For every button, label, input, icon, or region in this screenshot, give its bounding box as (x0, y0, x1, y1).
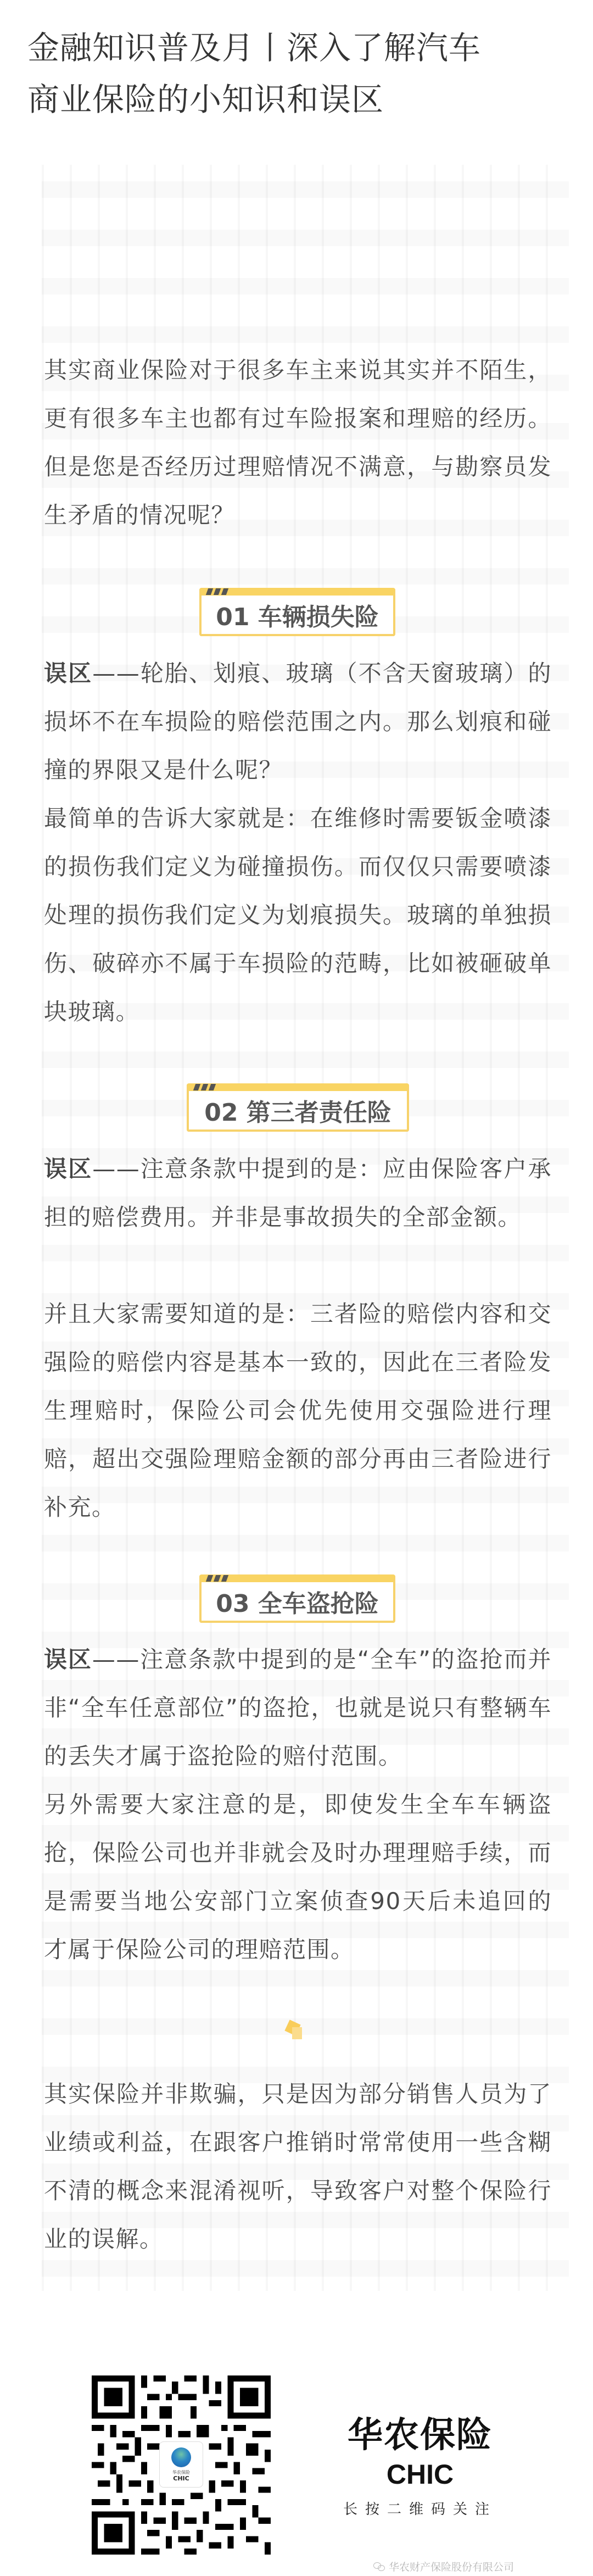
stripes-decoration (194, 1084, 215, 1091)
myth-text: ——轮胎、划痕、玻璃（不含天窗玻璃）的损坏不在车损险的赔偿范围之内。那么划痕和碰… (44, 660, 552, 783)
qr-logo-en: CHIC (173, 2475, 189, 2482)
section-3-detail: 另外需要大家注意的是，即使发生全车车辆盗抢，保险公司也并非就会及时办理理赔手续，… (44, 1781, 552, 1974)
section-heading-1: 01 车辆损失险 (199, 588, 395, 636)
yellow-squares-divider-icon (283, 2022, 305, 2044)
section-heading-2-text: 02 第三者责任险 (204, 1093, 391, 1128)
myth-label: 误区 (44, 1646, 92, 1673)
qr-code[interactable]: 华农保险 CHIC (92, 2374, 271, 2556)
article-title-line-1: 金融知识普及月丨深入了解汽车 (27, 22, 571, 74)
wechat-icon (373, 2562, 385, 2572)
article-body: 其实商业保险对于很多车主来说其实并不陌生，更有很多车主也都有过车险报案和理赔的经… (42, 165, 569, 2291)
section-1-detail: 最简单的告诉大家就是：在维修时需要钣金喷漆的损伤我们定义为碰撞损伤。而仅仅只需要… (44, 794, 552, 1036)
section-heading-3-text: 03 全车盗抢险 (216, 1584, 379, 1619)
myth-text: ——注意条款中提到的是“全车”的盗抢而并非“全车任意部位”的盗抢，也就是说只有整… (44, 1646, 552, 1770)
stripes-decoration (207, 1575, 227, 1582)
section-2-myth: 误区——注意条款中提到的是：应由保险客户承担的赔偿费用。并非是事故损失的全部金额… (44, 1145, 552, 1242)
section-1-myth: 误区——轮胎、划痕、玻璃（不含天窗玻璃）的损坏不在车损险的赔偿范围之内。那么划痕… (44, 649, 552, 794)
brand-name-en: CHIC (329, 2458, 511, 2490)
section-2-detail: 并且大家需要知道的是：三者险的赔偿内容和交强险的赔偿内容是基本一致的，因此在三者… (44, 1290, 552, 1532)
footer-follow-card: 华农保险 CHIC 华农保险 CHIC 长按二维码关注 华农财产保险股份有限公司 (0, 2335, 593, 2576)
section-heading-2: 02 第三者责任险 (187, 1083, 409, 1132)
section-heading-1-text: 01 车辆损失险 (216, 597, 379, 632)
brand-block: 华农保险 CHIC 长按二维码关注 (329, 2414, 511, 2518)
myth-text: ——注意条款中提到的是：应由保险客户承担的赔偿费用。并非是事故损失的全部金额。 (44, 1155, 552, 1231)
section-heading-3: 03 全车盗抢险 (199, 1574, 395, 1623)
follow-hint: 长按二维码关注 (329, 2498, 511, 2518)
myth-label: 误区 (44, 660, 92, 687)
section-3-myth: 误区——注意条款中提到的是“全车”的盗抢而并非“全车任意部位”的盗抢，也就是说只… (44, 1635, 552, 1781)
qr-center-logo: 华农保险 CHIC (159, 2441, 203, 2488)
myth-label: 误区 (44, 1155, 92, 1182)
intro-paragraph: 其实商业保险对于很多车主来说其实并不陌生，更有很多车主也都有过车险报案和理赔的经… (44, 346, 552, 539)
article-title-line-2: 商业保险的小知识和误区 (27, 74, 571, 125)
qr-logo-cn: 华农保险 (172, 2469, 190, 2475)
article-title: 金融知识普及月丨深入了解汽车 商业保险的小知识和误区 (27, 22, 571, 125)
source-watermark: 华农财产保险股份有限公司 (373, 2559, 514, 2574)
brand-name-cn: 华农保险 (329, 2414, 511, 2456)
watermark-text: 华农财产保险股份有限公司 (389, 2559, 514, 2574)
stripes-decoration (207, 588, 227, 595)
closing-paragraph: 其实保险并非欺骗，只是因为部分销售人员为了业绩或利益，在跟客户推销时常常使用一些… (44, 2070, 552, 2263)
globe-logo-icon (171, 2447, 191, 2467)
